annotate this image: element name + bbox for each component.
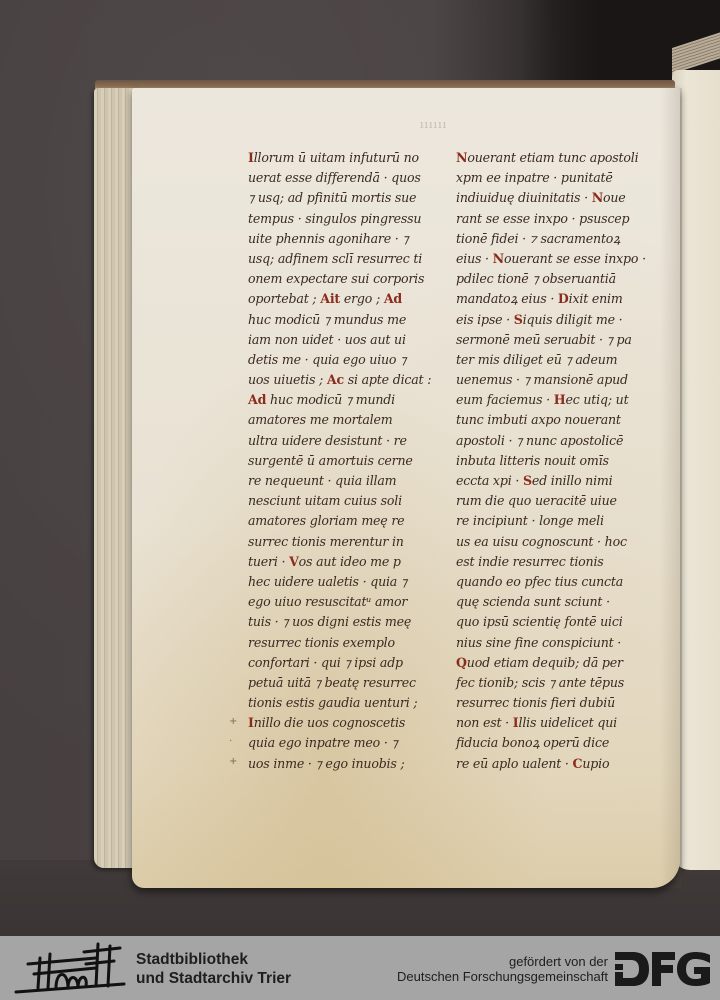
library-name-line2: und Stadtarchiv Trier <box>136 969 291 988</box>
manuscript-line: uite phennis agonihare · ⁊ <box>248 229 458 249</box>
manuscript-line: apostoli · ⁊ nunc apostolicē <box>456 431 656 451</box>
line-text: uos uiuetis ; <box>248 372 327 387</box>
rubricated-initial: C <box>573 756 583 771</box>
line-text: llis uidelicet qui <box>519 715 617 730</box>
margin-mark: · <box>229 732 239 752</box>
manuscript-line: non est · Illis uidelicet qui <box>456 713 656 733</box>
line-text: re incipiunt · longe meli <box>456 513 604 528</box>
line-text: resurrec tionis exemplo <box>248 635 395 650</box>
line-text: quo ipsū scientię fontē uici <box>456 614 623 629</box>
line-text: llorum ū uitam infuturū no <box>254 150 419 165</box>
manuscript-line: ter mis diliget eū ⁊ adeum <box>456 350 656 370</box>
line-text: quę scienda sunt sciunt · <box>456 594 610 609</box>
manuscript-line: inbuta litteris nouit omīs <box>456 451 656 471</box>
library-name-line1: Stadtbibliothek <box>136 950 291 969</box>
line-text: re nequeunt · quia illam <box>248 473 396 488</box>
line-text: re eū aplo ualent · <box>456 756 573 771</box>
line-text: ouerant se esse inxpo · <box>504 251 646 266</box>
line-text: eius · <box>456 251 493 266</box>
manuscript-line: eccta xpi · Sed inillo nimi <box>456 471 656 491</box>
manuscript-line: resurrec tionis fieri dubiū <box>456 693 656 713</box>
line-text: tionē fidei · ⁊ sacramentoꝝ <box>456 231 620 246</box>
manuscript-line: pdilec tionē ⁊ obseruantiā <box>456 269 656 289</box>
line-text: nillo die uos cognoscetis <box>254 715 405 730</box>
rubricated-initial: Ac <box>327 372 344 387</box>
line-text: uite phennis agonihare · ⁊ <box>248 231 408 246</box>
line-text: fiducia bonoꝝ operū dice <box>456 735 609 750</box>
line-text: rum die quo ueracitē uiue <box>456 493 617 508</box>
line-text: tueri · <box>248 554 289 569</box>
rubricated-initial: H <box>554 392 566 407</box>
line-text: uerat esse differendā · quos <box>248 170 421 185</box>
manuscript-line: amatores me mortalem <box>248 410 458 430</box>
manuscript-line: surgentē ū amortuis cerne <box>248 451 458 471</box>
manuscript-line: Quod etiam dequib; dā per <box>456 653 656 673</box>
rubricated-initial: N <box>592 190 603 205</box>
manuscript-line: uerat esse differendā · quos <box>248 168 458 188</box>
show-through-text: ıııııı <box>420 118 447 131</box>
line-text: non est · <box>456 715 513 730</box>
line-text: est indie resurrec tionis <box>456 554 604 569</box>
manuscript-line: iam non uidet · uos aut ui <box>248 330 458 350</box>
rubricated-initial: N <box>456 150 467 165</box>
manuscript-line: amatores gloriam meę re <box>248 511 458 531</box>
line-text: tunc imbuti axpo nouerant <box>456 412 621 427</box>
line-text: inbuta litteris nouit omīs <box>456 453 609 468</box>
line-text: amatores gloriam meę re <box>248 513 404 528</box>
manuscript-line: Illorum ū uitam infuturū no <box>248 148 458 168</box>
line-text: nesciunt uitam cuius soli <box>248 493 402 508</box>
line-text: huc modicū ⁊ mundi <box>266 392 395 407</box>
line-text: ter mis diliget eū ⁊ adeum <box>456 352 617 367</box>
manuscript-line: Ad huc modicū ⁊ mundi <box>248 390 458 410</box>
line-text: surgentē ū amortuis cerne <box>248 453 413 468</box>
line-text: petuā uitā ⁊ beatę resurrec <box>248 675 416 690</box>
line-text: ixit enim <box>569 291 623 306</box>
manuscript-line: re incipiunt · longe meli <box>456 511 656 531</box>
rubricated-initial: V <box>289 554 299 569</box>
manuscript-line: Nouerant etiam tunc apostoli <box>456 148 656 168</box>
line-text: surrec tionis merentur in <box>248 534 404 549</box>
rubricated-initial: Ad <box>384 291 402 306</box>
line-text: us ea uisu cognoscunt · hoc <box>456 534 627 549</box>
manuscript-line: onem expectare sui corporis <box>248 269 458 289</box>
line-text: confortari · qui ⁊ ipsi adp <box>248 655 403 670</box>
manuscript-line: mandatoꝝ eius · Dixit enim <box>456 289 656 309</box>
line-text: ec utiq; ut <box>565 392 628 407</box>
manuscript-line: Inillo die uos cognoscetis <box>248 713 458 733</box>
manuscript-line: uos uiuetis ; Ac si apte dicat : <box>248 370 458 390</box>
line-text: onem expectare sui corporis <box>248 271 424 286</box>
manuscript-line: quia ego inpatre meo · ⁊ <box>248 733 458 753</box>
line-text: hec uidere ualetis · quia ⁊ <box>248 574 407 589</box>
line-text: upio <box>582 756 609 771</box>
line-text: fec tionib; scis ⁊ ante tēpus <box>456 675 624 690</box>
line-text: oue <box>603 190 626 205</box>
rubricated-initial: S <box>523 473 532 488</box>
line-text: eccta xpi · <box>456 473 523 488</box>
margin-mark: + <box>229 752 239 772</box>
manuscript-line: nesciunt uitam cuius soli <box>248 491 458 511</box>
manuscript-line: tionē fidei · ⁊ sacramentoꝝ <box>456 229 656 249</box>
line-text: si apte dicat : <box>344 372 431 387</box>
manuscript-line: ego uiuo resuscitatᵘ amor <box>248 592 458 612</box>
line-text: apostoli · ⁊ nunc apostolicē <box>456 433 623 448</box>
manuscript-line: est indie resurrec tionis <box>456 552 656 572</box>
line-text: mandatoꝝ eius · <box>456 291 558 306</box>
funding-notice: gefördert von der Deutschen Forschungsge… <box>397 954 608 984</box>
text-column-left: Illorum ū uitam infuturū nouerat esse di… <box>248 148 458 774</box>
manuscript-line: fiducia bonoꝝ operū dice <box>456 733 656 753</box>
manuscript-line: sermonē meū seruabit · ⁊ pa <box>456 330 656 350</box>
manuscript-line: quę scienda sunt sciunt · <box>456 592 656 612</box>
library-name: Stadtbibliothek und Stadtarchiv Trier <box>136 950 291 988</box>
manuscript-line: uenemus · ⁊ mansionē apud <box>456 370 656 390</box>
manuscript-line: hec uidere ualetis · quia ⁊ <box>248 572 458 592</box>
line-text: uos inme · ⁊ ego inuobis ; <box>248 756 405 771</box>
line-text: eum faciemus · <box>456 392 554 407</box>
manuscript-line: resurrec tionis exemplo <box>248 633 458 653</box>
footer-banner: Stadtbibliothek und Stadtarchiv Trier ge… <box>0 936 720 1000</box>
line-text: quando eo pfec tius cuncta <box>456 574 623 589</box>
line-text: tionis estis gaudia uenturi ; <box>248 695 417 710</box>
line-text: amatores me mortalem <box>248 412 392 427</box>
manuscript-line: re eū aplo ualent · Cupio <box>456 754 656 774</box>
rubricated-initial: N <box>493 251 504 266</box>
manuscript-line: ⁊ usq; ad pfinitū mortis sue <box>248 188 458 208</box>
manuscript-line: usq; adfinem sclī resurrec ti <box>248 249 458 269</box>
line-text: iquis diligit me · <box>523 312 623 327</box>
manuscript-line: surrec tionis merentur in <box>248 532 458 552</box>
line-text: tempus · singulos pingressu <box>248 211 421 226</box>
line-text: detis me · quia ego uiuo ⁊ <box>248 352 406 367</box>
line-text: iam non uidet · uos aut ui <box>248 332 406 347</box>
line-text: huc modicū ⁊ mundus me <box>248 312 406 327</box>
manuscript-line: tunc imbuti axpo nouerant <box>456 410 656 430</box>
line-text: quia ego inpatre meo · ⁊ <box>248 735 398 750</box>
line-text: xpm ee inpatre · punitatē <box>456 170 613 185</box>
manuscript-line: quando eo pfec tius cuncta <box>456 572 656 592</box>
text-column-right: Nouerant etiam tunc apostolixpm ee inpat… <box>456 148 656 774</box>
line-text: uenemus · ⁊ mansionē apud <box>456 372 628 387</box>
line-text: ⁊ usq; ad pfinitū mortis sue <box>248 190 416 205</box>
manuscript-line: huc modicū ⁊ mundus me <box>248 310 458 330</box>
manuscript-line: us ea uisu cognoscunt · hoc <box>456 532 656 552</box>
manuscript-line: eis ipse · Siquis diligit me · <box>456 310 656 330</box>
manuscript-line: re nequeunt · quia illam <box>248 471 458 491</box>
manuscript-line: detis me · quia ego uiuo ⁊ <box>248 350 458 370</box>
manuscript-line: xpm ee inpatre · punitatē <box>456 168 656 188</box>
line-text: ego uiuo resuscitatᵘ amor <box>248 594 407 609</box>
manuscript-line: ultra uidere desistunt · re <box>248 431 458 451</box>
manuscript-line: petuā uitā ⁊ beatę resurrec <box>248 673 458 693</box>
manuscript-line: tueri · Vos aut ideo me p <box>248 552 458 572</box>
line-text: nius sine fine conspiciunt · <box>456 635 621 650</box>
manuscript-line: eius · Nouerant se esse inxpo · <box>456 249 656 269</box>
manuscript-line: tempus · singulos pingressu <box>248 209 458 229</box>
line-text: ed inillo nimi <box>532 473 613 488</box>
stadtbibliothek-logo-icon <box>12 940 128 996</box>
rubricated-initial: D <box>558 291 569 306</box>
manuscript-line: nius sine fine conspiciunt · <box>456 633 656 653</box>
page-gutter-shadow <box>660 88 682 888</box>
line-text: ultra uidere desistunt · re <box>248 433 407 448</box>
manuscript-line: confortari · qui ⁊ ipsi adp <box>248 653 458 673</box>
rubricated-initial: Q <box>456 655 467 670</box>
manuscript-line: tuis · ⁊ uos digni estis meę <box>248 612 458 632</box>
line-text: oportebat ; <box>248 291 320 306</box>
dfg-logo-icon <box>615 952 711 986</box>
line-text: tuis · ⁊ uos digni estis meę <box>248 614 411 629</box>
line-text: pdilec tionē ⁊ obseruantiā <box>456 271 616 286</box>
line-text: eis ipse · <box>456 312 514 327</box>
rubricated-initial: S <box>514 312 523 327</box>
line-text: usq; adfinem sclī resurrec ti <box>248 251 422 266</box>
margin-marks: +·+ <box>229 712 239 773</box>
line-text: uod etiam dequib; dā per <box>467 655 623 670</box>
line-text: ouerant etiam tunc apostoli <box>467 150 638 165</box>
manuscript-line: quo ipsū scientię fontē uici <box>456 612 656 632</box>
line-text: os aut ideo me p <box>299 554 401 569</box>
manuscript-line: rant se esse inxpo · psuscep <box>456 209 656 229</box>
line-text: resurrec tionis fieri dubiū <box>456 695 615 710</box>
manuscript-line: rum die quo ueracitē uiue <box>456 491 656 511</box>
manuscript-line: eum faciemus · Hec utiq; ut <box>456 390 656 410</box>
line-text: rant se esse inxpo · psuscep <box>456 211 629 226</box>
rubricated-initial: Ait <box>320 291 340 306</box>
funding-line2: Deutschen Forschungsgemeinschaft <box>397 969 608 984</box>
rubricated-initial: Ad <box>248 392 266 407</box>
line-text: sermonē meū seruabit · ⁊ pa <box>456 332 632 347</box>
manuscript-line: indiuiduę diuinitatis · Noue <box>456 188 656 208</box>
line-text: ergo ; <box>340 291 384 306</box>
manuscript-line: uos inme · ⁊ ego inuobis ; <box>248 754 458 774</box>
manuscript-line: tionis estis gaudia uenturi ; <box>248 693 458 713</box>
manuscript-line: oportebat ; Ait ergo ; Ad <box>248 289 458 309</box>
margin-mark: + <box>229 712 239 732</box>
manuscript-line: fec tionib; scis ⁊ ante tēpus <box>456 673 656 693</box>
line-text: indiuiduę diuinitatis · <box>456 190 592 205</box>
funding-line1: gefördert von der <box>397 954 608 969</box>
